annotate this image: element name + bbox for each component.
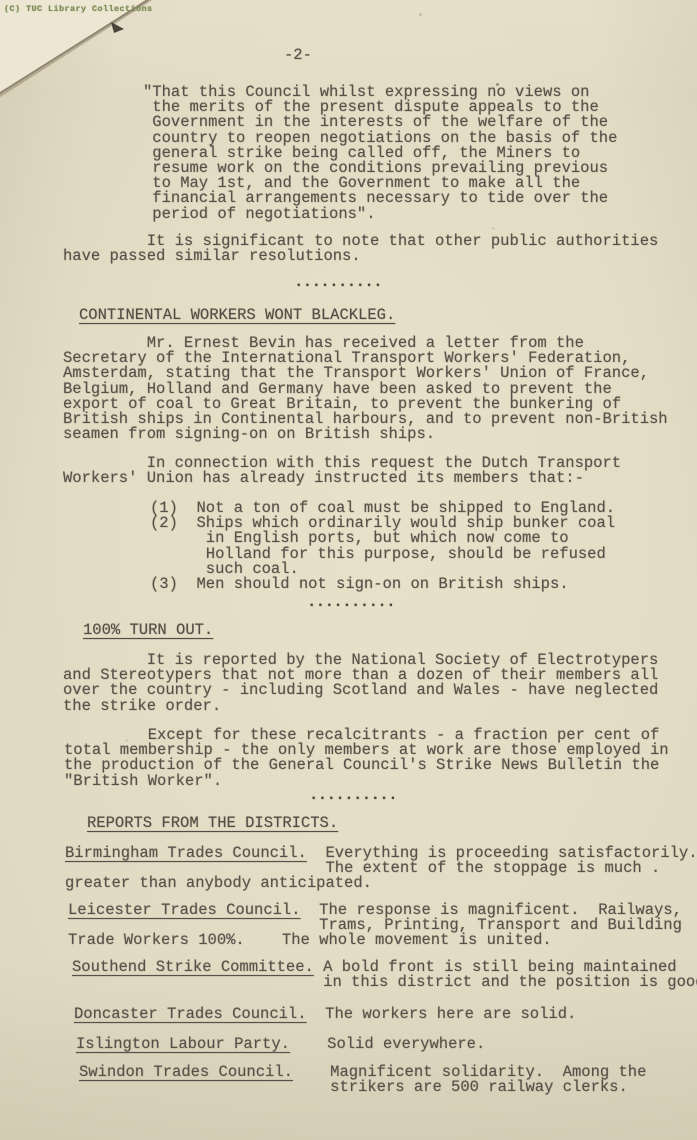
district-entry-birmingham: Birmingham Trades Council. Everything is… (65, 846, 697, 892)
instruction-list: (1) Not a ton of coal must be shipped to… (150, 501, 615, 592)
arrow-mark (111, 22, 124, 33)
dotted-separator: .......... (307, 595, 395, 610)
district-name: Islington Labour Party. (76, 1035, 290, 1053)
district-entry-swindon: Swindon Trades Council. Magnificent soli… (79, 1065, 646, 1095)
district-entry-doncaster: Doncaster Trades Council. The workers he… (74, 1007, 576, 1022)
electrotypers-paragraph: It is reported by the National Society o… (63, 653, 658, 714)
significant-paragraph: It is significant to note that other pub… (63, 234, 658, 264)
section-heading-continental: CONTINENTAL WORKERS WONT BLACKLEG. (79, 308, 395, 323)
district-entry-leicester: Leicester Trades Council. The response i… (68, 903, 682, 949)
folded-corner (0, 0, 151, 96)
district-report: The workers here are solid. (307, 1005, 577, 1023)
watermark: (C) TUC Library Collections (4, 4, 153, 14)
district-report: Solid everywhere. (290, 1035, 485, 1053)
recalcitrants-paragraph: Except for these recalcitrants - a fract… (64, 728, 669, 789)
section-heading-turnout: 100% TURN OUT. (83, 623, 213, 638)
document-page: (C) TUC Library Collections -2- "That th… (0, 0, 697, 1140)
district-entry-southend: Southend Strike Committee. A bold front … (72, 960, 697, 990)
district-entry-islington: Islington Labour Party. Solid everywhere… (76, 1037, 485, 1052)
bevin-letter-paragraph: Mr. Ernest Bevin has received a letter f… (63, 336, 668, 442)
dotted-separator: .......... (294, 275, 382, 290)
resolution-quote: "That this Council whilst expressing no … (143, 85, 617, 222)
dotted-separator: .......... (309, 788, 397, 803)
section-heading-districts: REPORTS FROM THE DISTRICTS. (87, 816, 338, 831)
district-name: Doncaster Trades Council. (74, 1005, 307, 1023)
dutch-union-paragraph: In connection with this request the Dutc… (63, 456, 621, 486)
crease-highlight (0, 0, 152, 97)
crease-line (0, 0, 151, 95)
page-number: -2- (284, 48, 312, 63)
paper-specks (0, 0, 1, 1)
